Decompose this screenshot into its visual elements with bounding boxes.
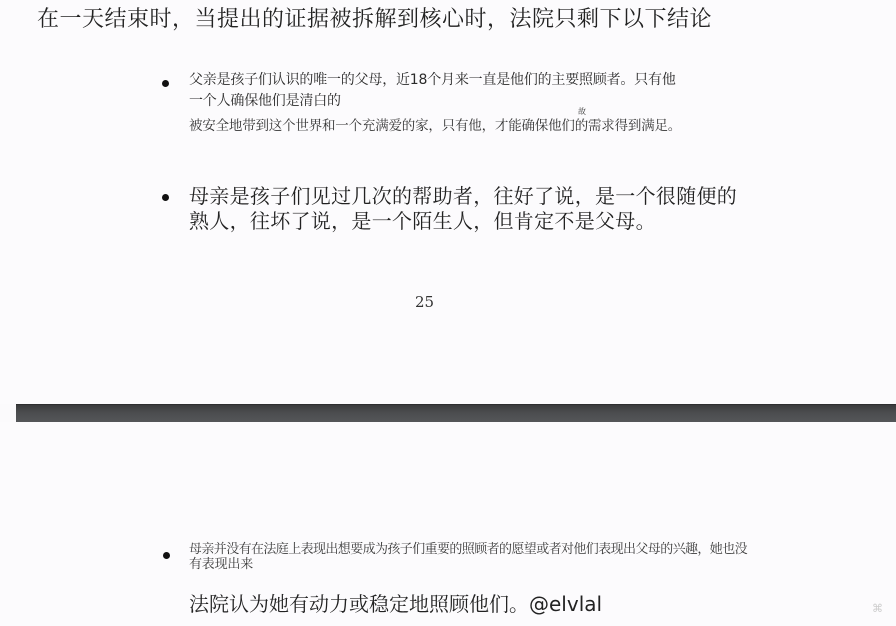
watermark-icon: ⌘ xyxy=(872,602,883,615)
bullet-2-line-2: 熟人，往坏了说，是一个陌生人，但肯定不是父母。 xyxy=(189,208,656,234)
bullet-icon xyxy=(162,80,169,87)
closing-line: 法院认为她有动力或稳定地照顾他们。@elvlal xyxy=(189,590,602,618)
page-number: 25 xyxy=(415,293,434,311)
bullet-3-line-1: 母亲并没有在法庭上表现出想要成为孩子们重要的照顾者的愿望或者对他们表现出父母的兴… xyxy=(189,541,747,559)
bullet-1-line-2: 一个人确保他们是清白的 xyxy=(189,91,341,111)
bullet-3-line-2: 有表现出来 xyxy=(189,557,253,573)
page-heading: 在一天结束时，当提出的证据被拆解到核心时，法院只剩下以下结论 xyxy=(37,5,712,35)
bullet-2-line-1: 母亲是孩子们见过几次的帮助者，往好了说，是一个很随便的 xyxy=(189,183,737,209)
bullet-1-line-1: 父亲是孩子们认识的唯一的父母，近18个月来一直是他们的主要照顾者。只有他 xyxy=(189,70,676,90)
bullet-icon xyxy=(163,552,170,559)
document-page-top: 在一天结束时，当提出的证据被拆解到核心时，法院只剩下以下结论 父亲是孩子们认识的… xyxy=(0,0,896,404)
bullet-1-line-3: 被安全地带到这个世界和一个充满爱的家，只有他，才能确保他们的需求得到满足。 xyxy=(189,116,681,136)
page-break-divider xyxy=(16,404,896,423)
bullet-icon xyxy=(162,194,169,201)
